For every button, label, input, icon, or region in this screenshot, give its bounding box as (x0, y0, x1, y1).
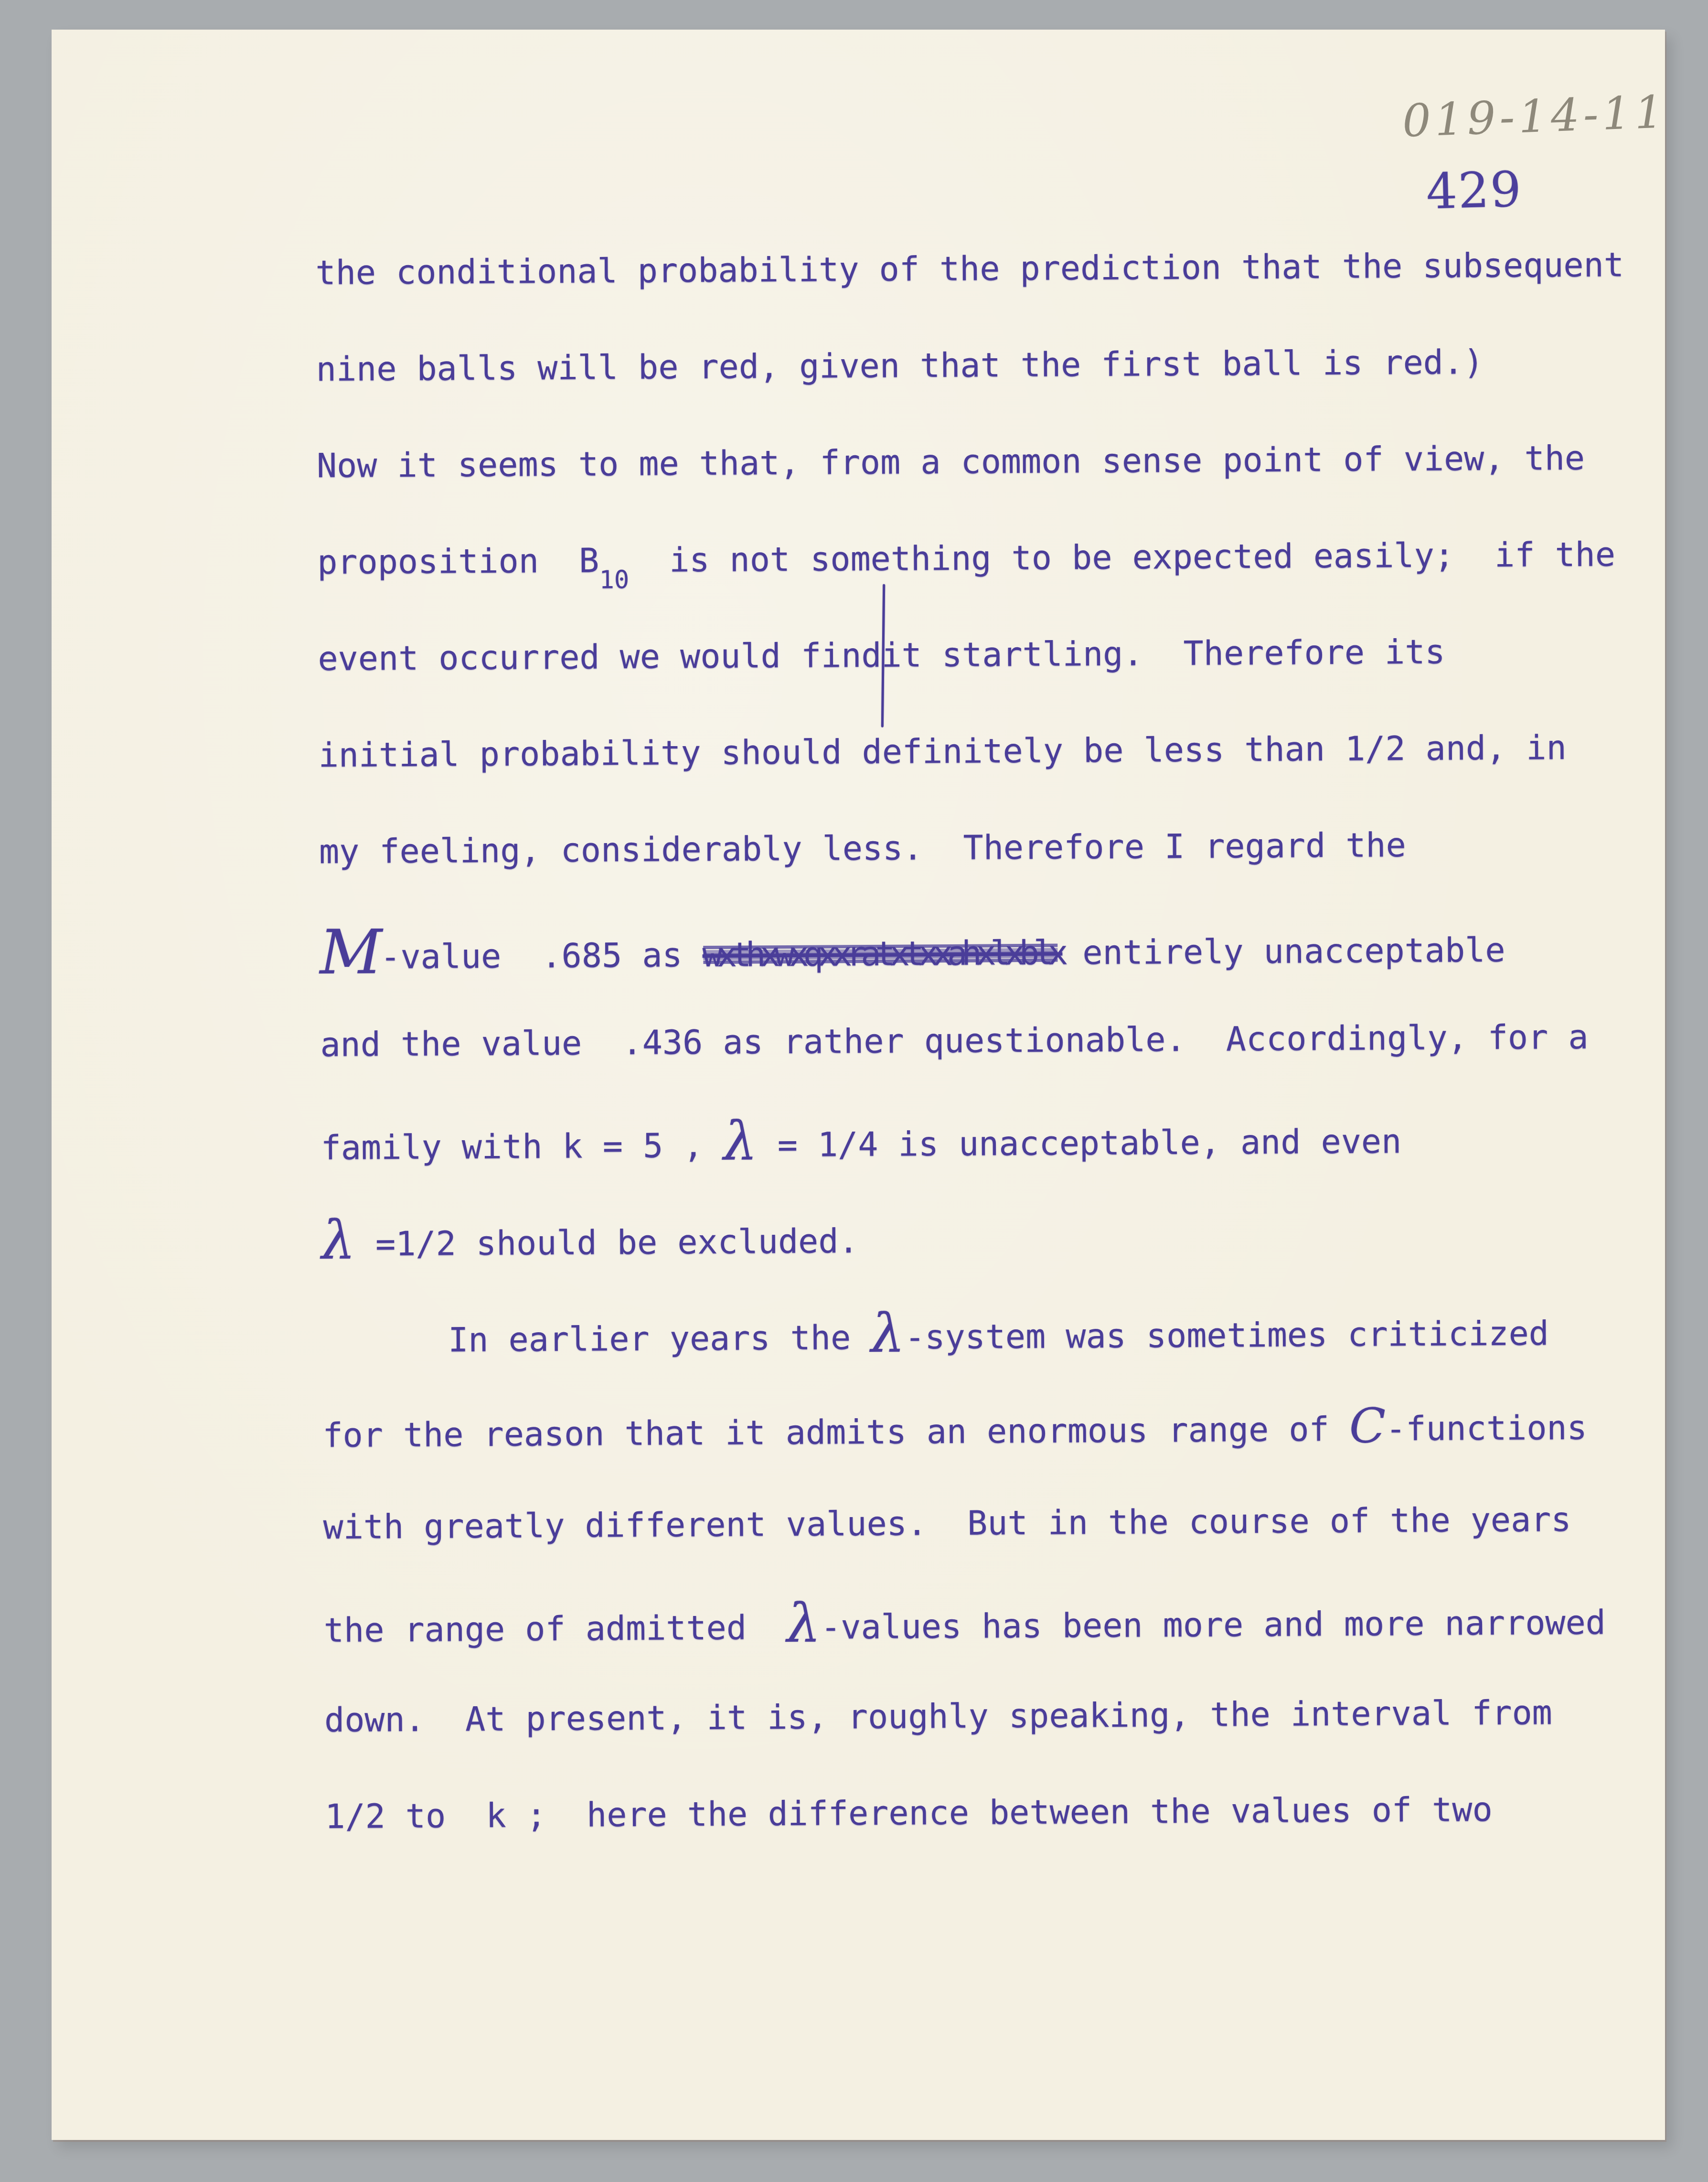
line-text: is not something to be expected easily; … (629, 535, 1616, 580)
line-text: entirely unacceptable (1062, 931, 1505, 973)
lambda-glyph: λ (723, 1110, 758, 1172)
lambda-glyph: λ (787, 1593, 821, 1655)
line-text: down. At present, it is, roughly speakin… (324, 1693, 1552, 1740)
line-text: proposition B (317, 541, 599, 582)
line-text: it startling. Therefore its (881, 632, 1445, 675)
typed-line: the range of admitted λ-values has been … (323, 1567, 1708, 1672)
line-text: initial probability should definitely be… (319, 728, 1567, 775)
typed-line: my feeling, considerably less. Therefore… (319, 795, 1704, 900)
line-text: the conditional probability of the predi… (315, 245, 1624, 292)
typed-line: initial probability should definitely be… (318, 698, 1704, 803)
typed-line: M-value .685 as wxthxwxqxxratxtxxahxlxbl… (320, 891, 1705, 996)
line-text: -system was sometimes criticized (905, 1314, 1549, 1357)
pencil-annotation: 019-14-11 (1401, 86, 1668, 147)
line-text: -functions (1386, 1408, 1587, 1449)
line-text: nine balls will be red, given that the f… (316, 342, 1484, 389)
typed-line: family with k = 5 , λ = 1/4 is unaccepta… (320, 1084, 1706, 1189)
line-text: -values has been more and more narrowed (821, 1603, 1606, 1647)
line-text: event occurred we would find (318, 636, 882, 678)
line-text: with greatly different values. But in th… (323, 1500, 1571, 1547)
line-text: -value .685 as (380, 935, 703, 976)
typed-line-paragraph-start: In earlier years the λ-system was someti… (322, 1277, 1708, 1382)
lambda-glyph: λ (871, 1303, 905, 1365)
typed-line: λ =1/2 should be excluded. (321, 1181, 1707, 1286)
typed-line: and the value .436 as rather questionabl… (320, 988, 1706, 1093)
subscript-10: 10 (599, 566, 629, 594)
line-text: =1/2 should be excluded. (355, 1221, 859, 1263)
lambda-glyph: λ (321, 1209, 356, 1272)
line-text: family with k = 5 , (321, 1126, 724, 1167)
page-number: 429 (1425, 161, 1523, 220)
struck-out-text: wxthxwxqxxratxtxxahxlxblx (702, 933, 1062, 974)
typed-line: for the reason that it admits an enormou… (322, 1374, 1708, 1479)
line-text: In earlier years the (448, 1318, 871, 1359)
typed-line: down. At present, it is, roughly speakin… (324, 1663, 1708, 1768)
typed-line: 1/2 to k ; here the difference between t… (325, 1760, 1708, 1865)
line-text: 1/2 to k ; here the difference between t… (325, 1790, 1493, 1836)
typed-line: the conditional probability of the predi… (315, 216, 1701, 321)
typed-line: nine balls will be red, given that the f… (316, 312, 1701, 417)
typed-line: proposition B10 is not something to be e… (317, 505, 1703, 610)
scan-background: 019-14-11 429 the conditional probabilit… (0, 0, 1708, 2182)
typed-text-block: the conditional probability of the predi… (315, 216, 1708, 1865)
typed-line: Now it seems to me that, from a common s… (316, 409, 1702, 514)
line-text: and the value .436 as rather questionabl… (320, 1017, 1588, 1064)
line-text: = 1/4 is unacceptable, and even (757, 1122, 1401, 1165)
line-text: for the reason that it admits an enormou… (322, 1410, 1349, 1455)
typescript-page: 019-14-11 429 the conditional probabilit… (52, 30, 1665, 2140)
typed-line: with greatly different values. But in th… (323, 1470, 1708, 1575)
typed-line: event occurred we would findit startling… (318, 602, 1703, 707)
script-c-glyph: C (1349, 1398, 1386, 1454)
line-text: the range of admitted (324, 1608, 787, 1650)
line-text: Now it seems to me that, from a common s… (317, 439, 1585, 485)
script-m-glyph: M (320, 917, 381, 988)
line-text: my feeling, considerably less. Therefore… (319, 825, 1406, 871)
